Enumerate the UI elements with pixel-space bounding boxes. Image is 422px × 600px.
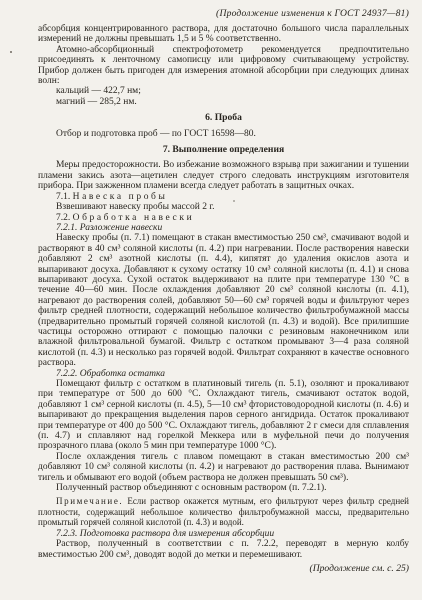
subsection-7-1-body: Взвешивают навеску пробы массой 2 г. — [38, 202, 409, 212]
subsection-7-1-heading: 7.1. Навеска пробы — [38, 192, 409, 202]
subsection-7-2-title: Обработка навески — [73, 213, 195, 223]
note-paragraph: Примечание. Если раствор окажется мутным… — [38, 496, 409, 527]
scan-speck — [297, 167, 299, 169]
subsection-7-2-1-number: 7.2.1. — [56, 223, 77, 233]
subsection-7-2-2-title: Обработка остатка — [80, 369, 165, 379]
wavelength-magnesium: магний — 285,2 нм. — [38, 97, 409, 107]
section-6-body: Отбор и подготовка проб — по ГОСТ 16598—… — [38, 129, 409, 139]
paragraph-spectrophotometer: Атомно-абсорбционный спектрофотометр рек… — [38, 45, 409, 87]
subsection-7-2-2-heading: 7.2.2. Обработка остатка — [38, 369, 409, 379]
subsection-7-2-2-body-1: Помещают фильтр с остатком в платиновый … — [38, 379, 409, 452]
scan-speck — [233, 200, 235, 202]
subsection-7-2-1-body: Навеску пробы (п. 7.1) помещают в стакан… — [38, 233, 409, 368]
subsection-7-2-3-body: Раствор, полученный в соответствии с п. … — [38, 539, 409, 560]
continuation-footer: (Продолжение см. с. 25) — [38, 564, 409, 574]
section-7-heading: 7. Выполнение определения — [38, 145, 409, 155]
document-page: (Продолжение изменения к ГОСТ 24937—81) … — [0, 0, 422, 600]
subsection-7-2-1-heading: 7.2.1. Разложение навески — [38, 223, 409, 233]
document-body: абсорбция концентрированного раствора, д… — [38, 24, 409, 575]
subsection-7-2-3-number: 7.2.3. — [56, 529, 77, 539]
subsection-7-1-number: 7.1. — [56, 192, 70, 202]
subsection-7-2-3-title: Подготовка раствора для измерения абсорб… — [80, 529, 274, 539]
scan-speck — [10, 51, 12, 53]
subsection-7-2-number: 7.2. — [56, 213, 70, 223]
wavelength-calcium: кальций — 422,7 нм; — [38, 86, 409, 96]
subsection-7-2-2-body-3: Полученный раствор объединяют с основным… — [38, 483, 409, 493]
subsection-7-2-3-heading: 7.2.3. Подготовка раствора для измерения… — [38, 529, 409, 539]
continuation-header: (Продолжение изменения к ГОСТ 24937—81) — [38, 8, 409, 19]
subsection-7-2-1-title: Разложение навески — [80, 223, 163, 233]
subsection-7-1-title: Навеска пробы — [73, 192, 168, 202]
safety-precautions-paragraph: Меры предосторожности. Во избежание возм… — [38, 160, 409, 191]
section-6-heading: 6. Проба — [38, 113, 409, 123]
paragraph-absorption-continuation: абсорбция концентрированного раствора, д… — [38, 24, 409, 45]
subsection-7-2-2-number: 7.2.2. — [56, 369, 77, 379]
subsection-7-2-2-body-2: После охлаждения тигель с плавом помещаю… — [38, 452, 409, 483]
note-label: Примечание. — [56, 496, 123, 506]
subsection-7-2-heading: 7.2. Обработка навески — [38, 213, 409, 223]
